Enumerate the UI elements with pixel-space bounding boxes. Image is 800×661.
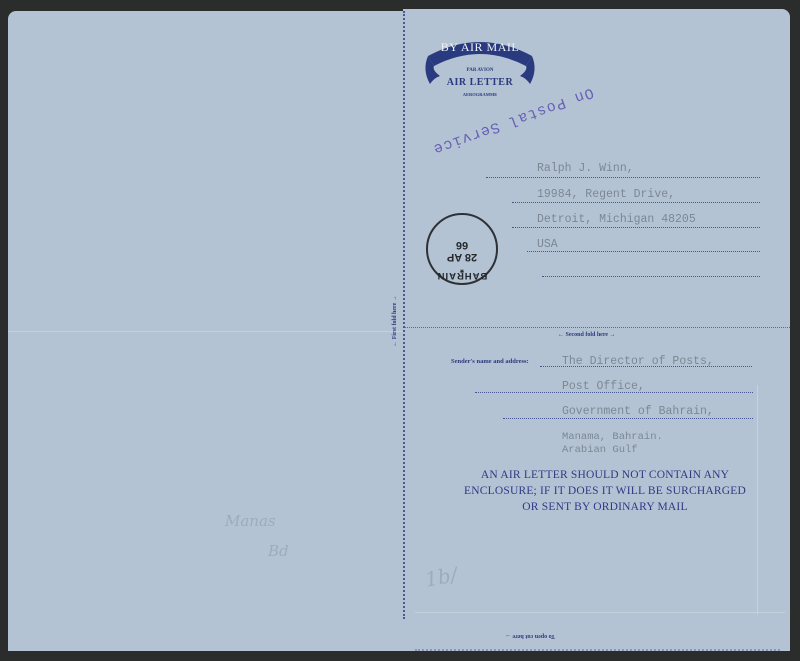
open-cut-label: To open cut here → xyxy=(505,633,555,639)
first-fold-label: ← First fold here → xyxy=(392,286,398,356)
sender-rule xyxy=(475,392,753,393)
second-fold-label: ← Second fold here → xyxy=(558,332,616,338)
postmark-date: 28 AP 66 xyxy=(428,239,496,263)
sender-rule xyxy=(503,418,753,419)
postmark-star: * xyxy=(428,263,496,275)
address-rule xyxy=(486,177,760,178)
cut-line xyxy=(415,649,780,651)
address-rule xyxy=(512,202,760,203)
second-fold-line xyxy=(405,327,790,328)
addressee-line-3: Detroit, Michigan 48205 xyxy=(537,213,696,226)
pencil-note: Bd xyxy=(268,542,289,560)
sender-line-5: Arabian Gulf xyxy=(562,444,638,456)
crease-line xyxy=(8,331,404,332)
aerogramme-front-panel xyxy=(403,9,790,651)
first-fold-line xyxy=(403,11,405,619)
sender-line-3: Government of Bahrain, xyxy=(562,405,714,418)
address-rule xyxy=(512,227,760,228)
addressee-line-4: USA xyxy=(537,238,558,251)
by-air-mail-text: BY AIR MAIL xyxy=(420,40,540,55)
air-letter-text: AIR LETTER xyxy=(420,77,540,88)
addressee-line-1: Ralph J. Winn, xyxy=(537,162,634,175)
bottom-flap xyxy=(415,612,785,651)
sender-label: Sender's name and address: xyxy=(451,358,529,365)
addressee-line-2: 19984, Regent Drive, xyxy=(537,188,675,201)
par-avion-text: PAR AVION xyxy=(420,68,540,73)
air-mail-badge: BY AIR MAIL PAR AVION AIR LETTER AEROGRA… xyxy=(420,34,540,104)
address-rule xyxy=(527,251,760,252)
sender-line-1: The Director of Posts, xyxy=(562,355,714,368)
pencil-note: Manas xyxy=(225,512,276,530)
sender-line-4: Manama, Bahrain. xyxy=(562,431,663,443)
enclosure-notice: AN AIR LETTER SHOULD NOT CONTAIN ANY ENC… xyxy=(440,467,770,515)
aerogramme-text: AEROGRAMME xyxy=(420,92,540,97)
bahrain-postmark: BAHRAIN * 28 AP 66 xyxy=(426,213,498,285)
address-rule xyxy=(542,276,760,277)
